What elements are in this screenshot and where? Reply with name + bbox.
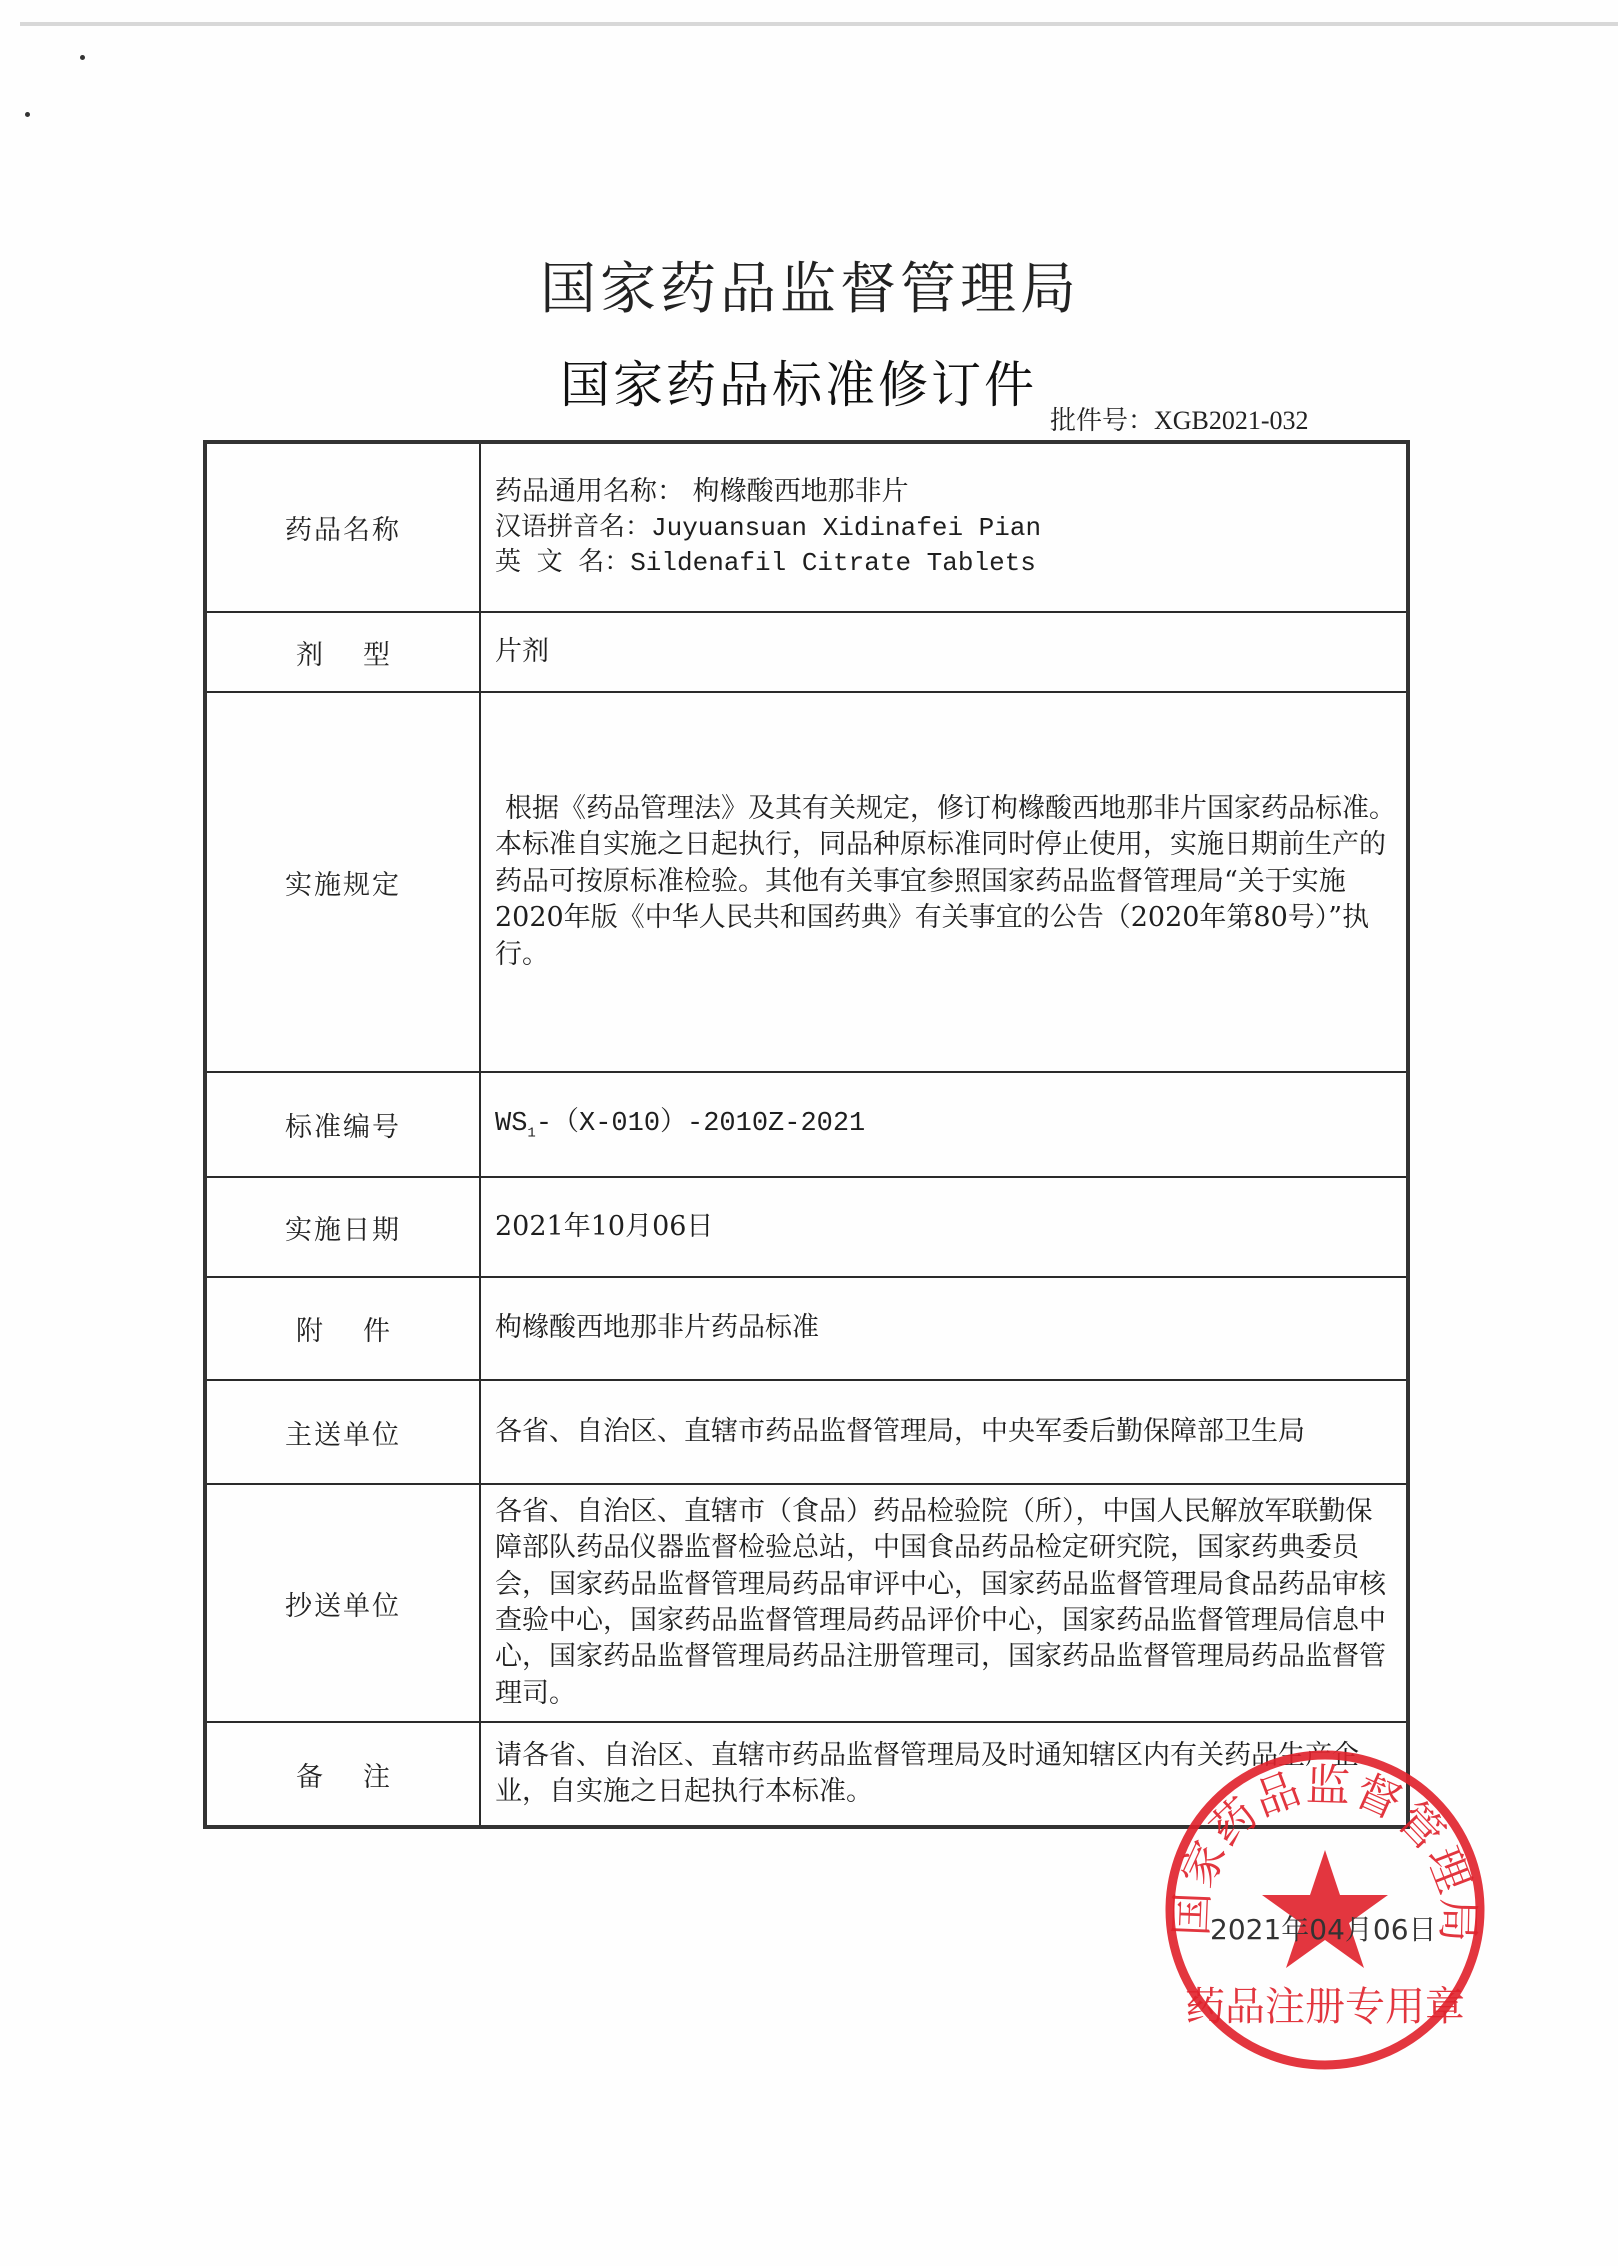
label-standard-number: 标准编号 [205, 1072, 480, 1177]
scan-speck [80, 55, 85, 60]
value-main-recipients: 各省、自治区、直辖市药品监督管理局，中央军委后勤保障部卫生局 [480, 1380, 1408, 1484]
generic-name: 药品通用名称： 枸橼酸西地那非片 [495, 474, 1398, 510]
value-dosage-form: 片剂 [480, 612, 1408, 692]
row-main-recipients: 主送单位 各省、自治区、直辖市药品监督管理局，中央军委后勤保障部卫生局 [205, 1380, 1408, 1484]
scan-edge [20, 22, 1618, 26]
batch-number: 批件号：XGB2021-032 [1050, 400, 1309, 437]
value-cc-recipients: 各省、自治区、直辖市（食品）药品检验院（所），中国人民解放军联勤保障部队药品仪器… [480, 1484, 1408, 1722]
scan-speck [25, 112, 30, 117]
pinyin-name: 汉语拼音名：Juyuansuan Xidinafei Pian [495, 511, 1398, 546]
row-drug-name: 药品名称 药品通用名称： 枸橼酸西地那非片 汉语拼音名：Juyuansuan X… [205, 442, 1408, 612]
row-standard-number: 标准编号 WS1-（X-010）-2010Z-2021 [205, 1072, 1408, 1177]
implementation-paragraph-2: 本标准自实施之日起执行，同品种原标准同时停止使用，实施日期前生产的药品可按原标准… [495, 827, 1398, 973]
label-cc-recipients: 抄送单位 [205, 1484, 480, 1722]
row-cc-recipients: 抄送单位 各省、自治区、直辖市（食品）药品检验院（所），中国人民解放军联勤保障部… [205, 1484, 1408, 1722]
value-attachment: 枸橼酸西地那非片药品标准 [480, 1277, 1408, 1380]
standard-revision-table: 药品名称 药品通用名称： 枸橼酸西地那非片 汉语拼音名：Juyuansuan X… [203, 440, 1410, 1829]
english-name: 英 文 名：Sildenafil Citrate Tablets [495, 546, 1398, 581]
label-main-recipients: 主送单位 [205, 1380, 480, 1484]
row-implementation: 实施规定 根据《药品管理法》及其有关规定，修订枸橼酸西地那非片国家药品标准。 本… [205, 692, 1408, 1072]
row-effective-date: 实施日期 2021年10月06日 [205, 1177, 1408, 1277]
seal-center-text: 药品注册专用章 [1185, 1984, 1465, 2030]
row-attachment: 附件 枸橼酸西地那非片药品标准 [205, 1277, 1408, 1380]
seal-date: 2021年04月06日 [1210, 1908, 1437, 1948]
document-title: 国家药品标准修订件 [560, 345, 1037, 417]
agency-title: 国家药品监督管理局 [540, 245, 1080, 325]
label-implementation: 实施规定 [205, 692, 480, 1072]
value-effective-date: 2021年10月06日 [480, 1177, 1408, 1277]
label-effective-date: 实施日期 [205, 1177, 480, 1277]
value-implementation: 根据《药品管理法》及其有关规定，修订枸橼酸西地那非片国家药品标准。 本标准自实施… [480, 692, 1408, 1072]
implementation-paragraph-1: 根据《药品管理法》及其有关规定，修订枸橼酸西地那非片国家药品标准。 [495, 791, 1398, 827]
label-remarks: 备注 [205, 1722, 480, 1827]
label-attachment: 附件 [205, 1277, 480, 1380]
value-drug-name: 药品通用名称： 枸橼酸西地那非片 汉语拼音名：Juyuansuan Xidina… [480, 442, 1408, 612]
value-standard-number: WS1-（X-010）-2010Z-2021 [480, 1072, 1408, 1177]
row-dosage-form: 剂型 片剂 [205, 612, 1408, 692]
label-drug-name: 药品名称 [205, 442, 480, 612]
label-dosage-form: 剂型 [205, 612, 480, 692]
